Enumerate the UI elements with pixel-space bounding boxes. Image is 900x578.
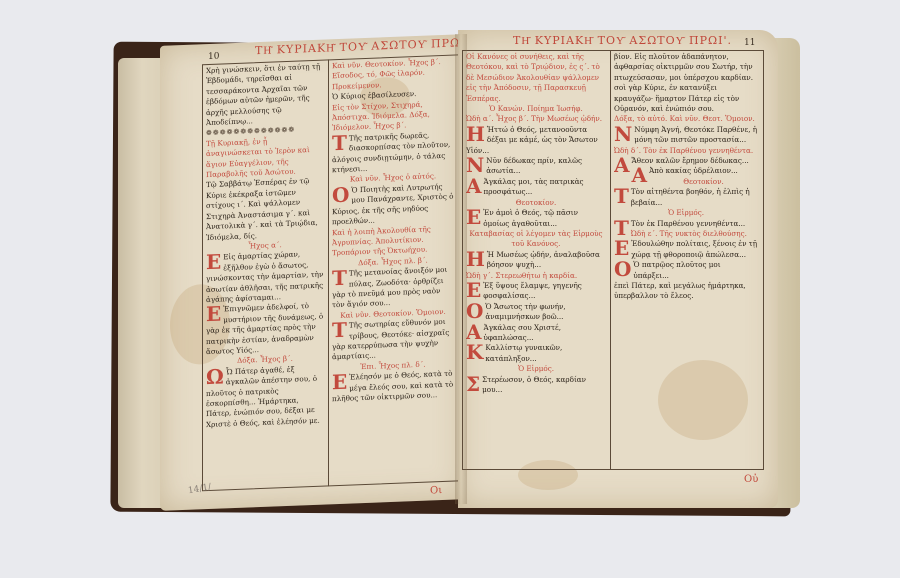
paragraph: Τῷ Σαββάτῳ Ἑσπέρας ἐν τῷ Κύριε ἐκέκραξα …: [206, 176, 324, 243]
red-initial: Τ: [332, 134, 347, 153]
page-number: 10: [208, 52, 219, 62]
troparion: Ὁ πατρῷος πλοῦτος μοι ὑπάρξει...: [633, 260, 720, 279]
red-initial: Α: [466, 177, 482, 195]
paragraph: Ὁ Ποιητὴς καὶ Λυτρωτής μου Πανάχραντε, Χ…: [332, 182, 454, 226]
troparion: Ὁ Ἄσωτος τὴν φωνήν, ἀναμιμνήσκων βοῶ...: [485, 302, 565, 321]
book-gutter: [455, 34, 467, 504]
red-initial: Α: [632, 166, 648, 184]
troparion: Νύμφη Ἁγνή, Θεοτόκε Παρθένε, ἡ μόνη τῶν …: [634, 125, 757, 144]
troparion: Ἀγκάλας σου Χριστέ, ὑφαπλώσας...: [484, 323, 562, 342]
theotokion-label: Θεοτοκίον.: [466, 198, 606, 208]
paragraph: βίον. Εἰς πλοῦτον ἀδαπάνητον, ἀφθαρσίας …: [614, 52, 758, 114]
left-page-column-1: Χρὴ γινώσκειν, ὅτι ἐν ταύτῃ τῇ Ἑβδομάδι,…: [206, 62, 324, 487]
troparion: Στερέωσον, ὁ Θεός, καρδίαν μου...: [482, 375, 586, 394]
red-initial: Ε: [466, 281, 481, 299]
eirmos-label: Ὁ Εἱρμός.: [614, 208, 758, 218]
red-initial: Α: [466, 323, 482, 341]
paragraph: Τῆς μετανοίας ἄνοιξόν μοι πύλας, Ζωοδότα…: [332, 265, 447, 310]
column-divider: [610, 50, 611, 470]
red-initial: Η: [466, 250, 485, 268]
red-initial: Τ: [614, 187, 629, 205]
page-number: 11: [744, 38, 755, 48]
red-initial: Ε: [466, 208, 481, 226]
signature-mark: Οὐ: [744, 474, 758, 485]
troparion: Ἐδουλώθην πολίταις, ξένοις ἐν τῇ χώρᾳ τῇ…: [631, 239, 757, 258]
rubric: Καὶ νῦν. Θεοτοκίον. Ἦχος β΄. Εἴσοδος, τό…: [332, 57, 454, 93]
pencil-note: 14/1/: [187, 482, 211, 496]
ode-heading: Ὠδὴ α΄. Ἦχος β΄. Τὴν Μωσέως ᾠδήν.: [466, 114, 606, 124]
paragraph: Ἐλέησόν με ὁ Θεός, κατὰ τὸ μέγα ἔλεός σο…: [332, 369, 453, 403]
paragraph: Τῆς πατρικῆς δωρεᾶς, διασκορπίσας τὸν πλ…: [332, 130, 450, 174]
canon-title: Ὁ Κανών. Ποίημα Ἰωσήφ.: [466, 104, 606, 114]
paragraph: Ἐπιγνῶμεν ἀδελφοί, τὸ μυστήριον τῆς δυνά…: [206, 301, 323, 356]
running-head: ΤΗ͂ ΚΥΡΙΑΚΗ͂ ΤΟΥ͂ ΑΣΩΤΟΥ͂ ΠΡΩΙ'.: [513, 34, 732, 47]
signature-mark: Οι: [430, 485, 442, 496]
red-initial: Σ: [466, 375, 480, 393]
red-initial: Ο: [332, 185, 349, 204]
ode-heading: Ὠδὴ ε΄. Τῆς νυκτὸς διελθούσης.: [614, 229, 758, 239]
red-initial: Α: [614, 156, 630, 174]
red-initial: Η: [466, 125, 485, 143]
rubric: Εἰς τὸν Στίχον, Στιχηρά, Ἀπόστιχα. Ἰδιόμ…: [332, 98, 454, 134]
red-initial: Ο: [466, 302, 483, 320]
right-page-column-2: βίον. Εἰς πλοῦτον ἀδαπάνητον, ἀφθαρσίας …: [614, 52, 758, 466]
right-page-column-1: Οἱ Κανόνες οἱ συνήθεις, καὶ τῆς Θεοτόκου…: [466, 52, 606, 466]
paragraph: Τῆς σωτηρίας εὔθυνόν μοι τρίβους, Θεοτόκ…: [332, 317, 449, 362]
troparion: Νῦν δέδωκας πρίν, καλῶς ἀσωτία...: [486, 156, 582, 175]
red-initial: Ν: [614, 125, 632, 143]
red-initial: Ε: [614, 239, 629, 257]
left-page: 10 ΤΗ͂ ΚΥΡΙΑΚΗ͂ ΤΟΥ͂ ΑΣΩΤΟΥ͂ ΠΡΩΙ'. Χρὴ …: [160, 34, 465, 511]
red-initial: Ω: [206, 367, 224, 386]
column-divider: [328, 59, 329, 486]
troparion: Τὸν ἐκ Παρθένου γεννηθέντα...: [631, 219, 745, 228]
troparion: Καλλίστῳ γυναικῶν, κατάπληξον...: [485, 343, 562, 362]
troparion: Ἀπὸ κακίας ὑδρέλαιον...: [649, 166, 738, 175]
red-initial: Τ: [614, 219, 629, 237]
ode-heading: Ὠδὴ δ΄. Τὸν ἐκ Παρθένου γεννηθέντα.: [614, 146, 758, 156]
paragraph: Χρὴ γινώσκειν, ὅτι ἐν ταύτῃ τῇ Ἑβδομάδι,…: [206, 62, 324, 129]
running-head: ΤΗ͂ ΚΥΡΙΑΚΗ͂ ΤΟΥ͂ ΑΣΩΤΟΥ͂ ΠΡΩΙ'.: [255, 36, 474, 57]
right-page: ΤΗ͂ ΚΥΡΙΑΚΗ͂ ΤΟΥ͂ ΑΣΩΤΟΥ͂ ΠΡΩΙ'. 11 Οἱ Κ…: [458, 30, 778, 508]
paragraph: Εἰς ἁμαρτίας χώραν, ἐξῆλθον ἐγὼ ὁ ἄσωτος…: [206, 250, 323, 304]
troparion: Ἐν ἀμοὶ ὁ Θεός, τῷ πᾶσιν ὁμοίως ἀγαθοῦτα…: [483, 208, 578, 227]
rubric-heading: Τῇ Κυριακῇ, ἐν ᾗ ἀναγινώσκεται τὸ Ἱερὸν …: [206, 134, 324, 180]
troparion: Ἄθεον καλῶν ἔρημον δέδωκας...: [632, 156, 749, 165]
left-page-column-2: Καὶ νῦν. Θεοτοκίον. Ἦχος β΄. Εἴσοδος, τό…: [332, 57, 454, 482]
paragraph: ἐπεὶ Πάτερ, καὶ μεγάλως ἡμάρτηκα, ὑπερβα…: [614, 281, 758, 302]
rubric: Οἱ Κανόνες οἱ συνήθεις, καὶ τῆς Θεοτόκου…: [466, 52, 606, 104]
red-initial: Ο: [614, 260, 631, 278]
rubric: Καταβασίας οἱ λέγομεν τὰς Εἱρμοὺς τοῦ Κα…: [466, 229, 606, 250]
red-initial: Ε: [206, 305, 221, 324]
rubric: Καὶ ἡ λοιπὴ Ἀκολουθία τῆς Ἀγρυπνίας. Ἀπο…: [332, 223, 454, 259]
troparion: Ἡττώ ὁ Θεός, μετανοοῦντα δέξαι με κἀμέ, …: [466, 125, 598, 155]
troparion: Ἐξ ὕψους ἔλαμψε, γηγενῆς φοσφαλίσας...: [483, 281, 582, 300]
red-initial: Ν: [466, 156, 484, 174]
eirmos-label: Ὁ Εἱρμός.: [466, 364, 606, 374]
rubric: Δόξα, τὸ αὐτό. Καὶ νῦν. Θεοτ. Ὅμοιον.: [614, 114, 758, 124]
red-initial: Ε: [332, 373, 347, 392]
red-initial: Ε: [206, 253, 221, 272]
red-initial: Κ: [466, 343, 483, 361]
troparion: Ἡ Μωσέως ᾠδήν, ἀναλαβοῦσα βόησον ψυχὴ...: [487, 250, 600, 269]
red-initial: Τ: [332, 269, 347, 288]
red-initial: Τ: [332, 321, 347, 340]
ode-heading: Ὠδὴ γ΄. Στερεωθήτω ἡ καρδία.: [466, 271, 606, 281]
troparion: Τὸν αἰτηθέντα βοηθόν, ἡ ἐλπὶς ἡ βεβαία..…: [631, 187, 750, 206]
troparion: Ἀγκάλας μοι, τὰς πατρικὰς προσφάτως...: [484, 177, 584, 196]
